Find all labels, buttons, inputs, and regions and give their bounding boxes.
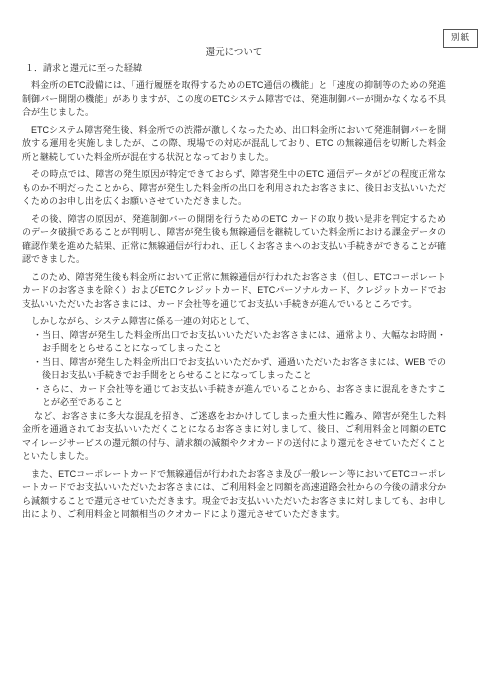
document-page: 別紙 還元について １．請求と還元に至った経緯 料金所のETC設備には、「通行履…	[0, 0, 490, 692]
section-heading: １．請求と還元に至った経緯	[22, 62, 446, 76]
paragraph-cause-unknown: その時点では、障害の発生原因が特定できておらず、障害発生中のETC 通信データが…	[22, 168, 446, 209]
attachment-tag: 別紙	[443, 29, 478, 48]
page-title: 還元について	[22, 46, 446, 60]
document-body: 還元について １．請求と還元に至った経緯 料金所のETC設備には、「通行履歴を取…	[22, 46, 446, 522]
paragraph-refund-decision: など、お客さまに多大な混乱を招き、ご迷惑をおかけしてしまった重大性に鑑み、障害が…	[22, 410, 446, 464]
list-intro: しかしながら、システム障害に係る一連の対応として、	[22, 315, 446, 329]
paragraph-cause-identified: その後、障害の原因が、発進制御バーの開閉を行うためのETC カードの取り扱い是非…	[22, 213, 446, 267]
paragraph-after-failure: ETCシステム障害発生後、料金所での渋滞が激しくなったため、出口料金所において発…	[22, 124, 446, 165]
paragraph-card-payments: このため、障害発生後も料金所において正常に無線通信が行われたお客さま（但し、ET…	[22, 271, 446, 312]
paragraph-etc-equipment: 料金所のETC設備には、「通行履歴を取得するためのETC通信の機能」と「速度の抑…	[22, 79, 446, 120]
bullet-item-confusion: ・さらに、カード会社等を通じてお支払い手続きが進んでいることから、お客さまに混乱…	[22, 383, 446, 410]
paragraph-corporate-card-refund: また、ETCコーポレートカードで無線通信が行われたお客さま及び一般レーン等におい…	[22, 468, 446, 522]
bullet-item-delay: ・当日、障害が発生した料金所出口でお支払いいただいたお客さまには、通常より、大幅…	[22, 329, 446, 356]
bullet-item-web-payment: ・当日、障害が発生した料金所出口でお支払いいただかず、通過いただいたお客さまには…	[22, 356, 446, 383]
